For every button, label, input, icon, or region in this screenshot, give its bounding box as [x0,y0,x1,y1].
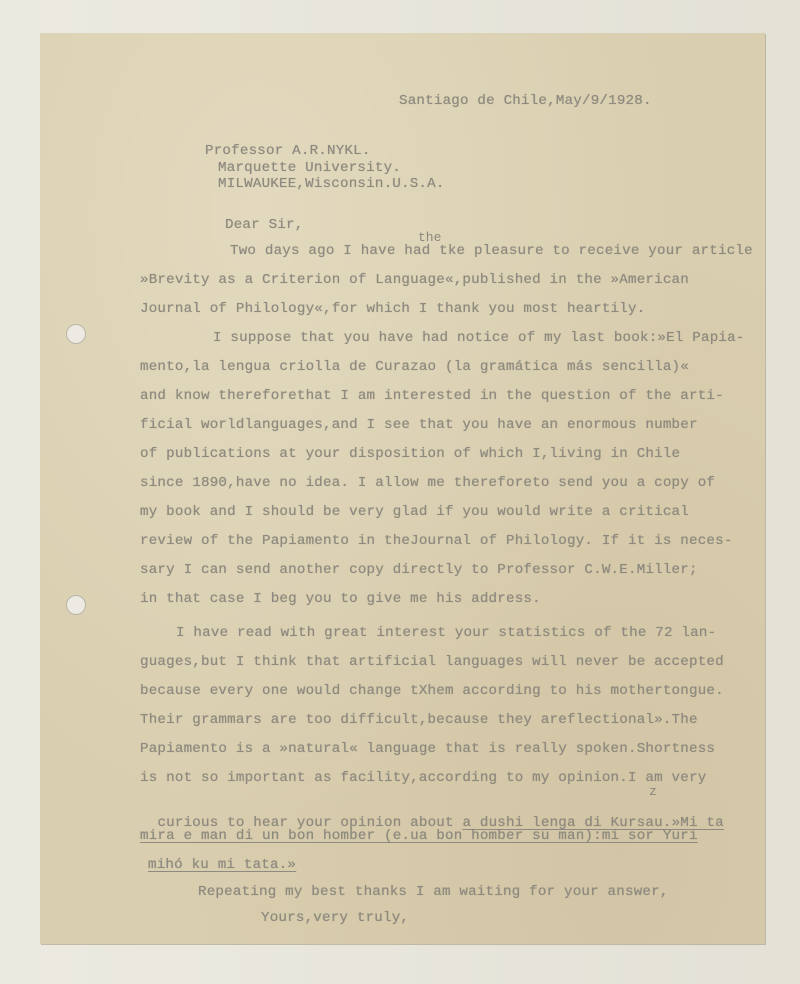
body-line-21: mira e man di un bon homber (e.ua bon ho… [140,828,698,844]
body-line-2: »Brevity as a Criterion of Language«,pub… [140,272,689,288]
body-line-18: Papiamento is a »natural« language that … [140,741,715,757]
body-line-20: curious to hear your opinion about a dus… [140,799,724,831]
body-line-3: Journal of Philology«,for which I thank … [140,301,645,317]
body-line-1: Two days ago I have had tke pleasure to … [230,243,753,259]
body-line-16: because every one would change tXhem acc… [140,683,724,699]
recipient-institution: Marquette University. [218,160,401,176]
closing-line: Repeating my best thanks I am waiting fo… [198,884,669,900]
body-line-15: guages,but I think that artificial langu… [140,654,724,670]
body-line-8: of publications at your disposition of w… [140,446,680,462]
body-line-19: is not so important as facility,accordin… [140,770,706,786]
body-line-5: mento,la lengua criolla de Curazao (la g… [140,359,689,375]
body-line-6: and know thereforethat I am interested i… [140,388,724,404]
body-line-12: sary I can send another copy directly to… [140,562,698,578]
body-line-13: in that case I beg you to give me his ad… [140,591,541,607]
recipient-name: Professor A.R.NYKL. [205,143,371,159]
salutation: Dear Sir, [225,217,303,233]
body-line-10: my book and I should be very glad if you… [140,504,689,520]
recipient-city: MILWAUKEE,Wisconsin.U.S.A. [218,176,445,192]
punch-hole-bottom [66,595,86,615]
dateline: Santiago de Chile,May/9/1928. [399,93,652,109]
punch-hole-top [66,324,86,344]
body-line-22: mihó ku mi tata.» [148,857,296,873]
handwritten-correction: z [649,784,657,799]
body-line-7: ficial worldlanguages,and I see that you… [140,417,698,433]
body-line-9: since 1890,have no idea. I allow me ther… [140,475,715,491]
body-line-11: review of the Papiamento in theJournal o… [140,533,733,549]
body-line-17: Their grammars are too difficult,because… [140,712,698,728]
signoff: Yours,very truly, [261,910,409,926]
body-line-4: I suppose that you have had notice of my… [213,330,745,346]
body-line-14: I have read with great interest your sta… [176,625,716,641]
